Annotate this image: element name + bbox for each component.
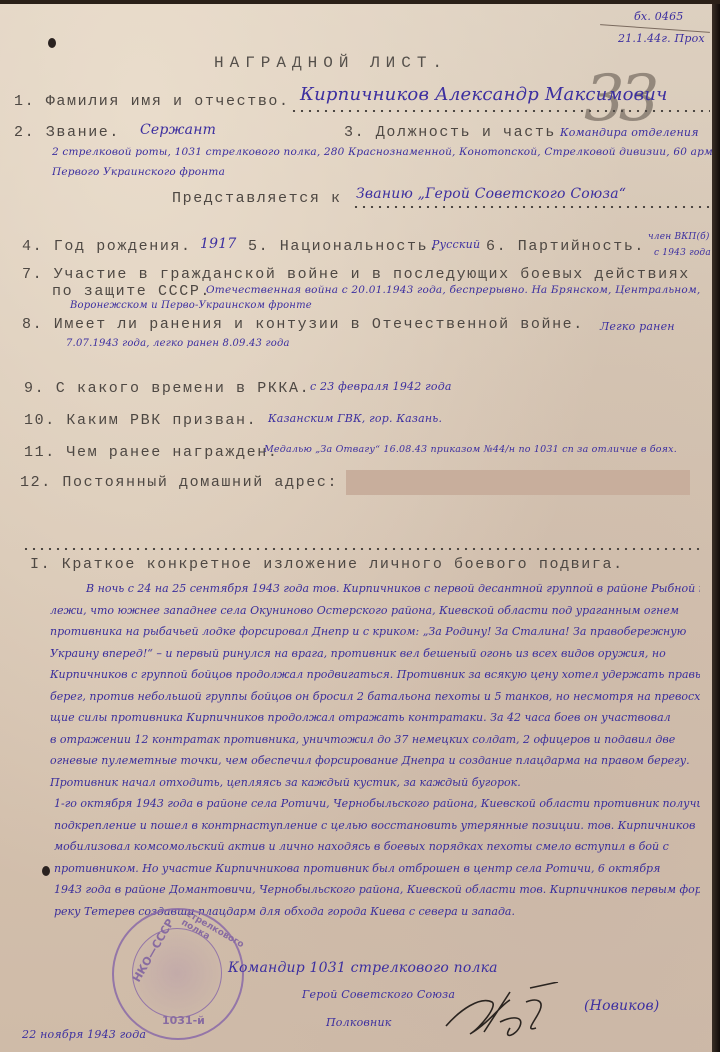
narrative-line: реку Тетерев создавши плацдарм для обход… [40, 901, 700, 923]
narrative-line: Кирпичников с группой бойцов продолжал п… [40, 664, 700, 686]
field-10-label: 10. Каким РВК призван. [24, 412, 257, 429]
presented-dotted-line [352, 206, 710, 208]
field-7-value: Отечественная война с 20.01.1943 года, б… [206, 284, 700, 296]
narrative-line: Украину вперед!“ – и первый ринулся на в… [40, 643, 700, 665]
field-7-label-line2: по защите СССР. [52, 283, 211, 300]
narrative-line: щие силы противника Кирпичников продолжа… [40, 707, 700, 729]
field-7-label-line1: 7. Участие в гражданской войне и в после… [22, 266, 690, 283]
section-heading: I. Краткое конкретное изложение личного … [30, 556, 624, 573]
signer-rank: Полковник [326, 1016, 392, 1029]
field-5-value: Русский [432, 238, 480, 251]
field-8-label: 8. Имеет ли ранения и контузии в Отечест… [22, 316, 584, 333]
field-6-label: 6. Партийность. [486, 238, 645, 255]
signer-name: (Новиков) [584, 998, 659, 1014]
field-2-value: Сержант [140, 122, 216, 138]
field-10-value: Казанским ГВК, гор. Казань. [268, 412, 442, 425]
field-4-label: 4. Год рождения. [22, 238, 192, 255]
narrative-line: мобилизовал комсомольский актив и лично … [40, 836, 700, 858]
field-6-value-line1: член ВКП(б) [648, 232, 710, 242]
narrative-line: огневые пулеметные точки, чем обеспечил … [40, 750, 700, 772]
field-2-label: 2. Звание. [14, 124, 120, 141]
narrative-line: противника на рыбачьей лодке форсировал … [40, 621, 700, 643]
field-9-label: 9. С какого времени в РККА. [24, 380, 310, 397]
field-3-continuation-2: Первого Украинского фронта [52, 166, 225, 178]
field-4-value: 1917 [200, 236, 236, 252]
narrative-line: противником. Но участие Кирпичникова про… [40, 858, 700, 880]
page-edge [712, 0, 720, 1052]
field-7-value-continuation: Воронежском и Перво-Украинском фронте [70, 300, 312, 311]
field-3-value: Командира отделения [560, 126, 699, 139]
signature-icon [440, 982, 570, 1042]
narrative-line: лежи, что южнее западнее села Окуниново … [40, 600, 700, 622]
signer-position-line1: Командир 1031 стрелкового полка [228, 960, 498, 976]
field-3-continuation-1: 2 стрелковой роты, 1031 стрелкового полк… [52, 146, 720, 158]
redacted-address [346, 470, 690, 495]
narrative-line: Противник начал отходить, цепляясь за ка… [40, 772, 700, 794]
field-6-value-line2: с 1943 года [654, 248, 711, 258]
field-11-label: 11. Чем ранее награжден. [24, 444, 278, 461]
document-date: 22 ноября 1943 года [22, 1028, 146, 1041]
field-1-value: Кирпичников Александр Максимович [300, 84, 668, 105]
page-edge [0, 0, 720, 4]
narrative-line: 1-го октября 1943 года в районе села Рот… [40, 793, 700, 815]
narrative-line: в отражении 12 контратак противника, уни… [40, 729, 700, 751]
punch-hole-icon [48, 38, 56, 48]
corner-note-line2: 21.1.44г. Прох [618, 32, 705, 45]
presented-value: Званию „Герой Советского Союза“ [356, 186, 626, 202]
field-1-label: 1. Фамилия имя и отчество. [14, 93, 290, 110]
document-title: НАГРАДНОЙ ЛИСТ. [214, 54, 448, 72]
field-8-value-continuation: 7.07.1943 года, легко ранен 8.09.43 года [66, 338, 290, 349]
presented-label: Представляется к [172, 190, 342, 207]
field-5-label: 5. Национальность. [248, 238, 439, 255]
corner-note-line1: бх. 0465 [634, 10, 684, 23]
field-11-value: Медалью „За Отвагу“ 16.08.43 приказом №4… [264, 444, 677, 455]
field-8-value: Легко ранен [600, 320, 675, 333]
section-divider [22, 548, 702, 550]
narrative-line: подкрепление и пошел в контрнаступление … [40, 815, 700, 837]
narrative-line: 1943 года в районе Домантовичи, Чернобыл… [40, 879, 700, 901]
signer-position-line2: Герой Советского Союза [302, 988, 455, 1001]
official-stamp: НКО—СССР стрелкового полка 1031-й [112, 908, 244, 1040]
narrative-line: берег, против небольшой группы бойцов он… [40, 686, 700, 708]
field-12-label: 12. Постоянный домашний адрес: [20, 474, 338, 491]
narrative-text: В ночь с 24 на 25 сентября 1943 года тов… [40, 578, 700, 922]
narrative-line: В ночь с 24 на 25 сентября 1943 года тов… [40, 578, 700, 600]
award-sheet-page: бх. 0465 21.1.44г. Прох НАГРАДНОЙ ЛИСТ. … [0, 0, 712, 1052]
stamp-bottom-text: 1031-й [162, 1014, 205, 1027]
field-1-dotted-line [290, 110, 710, 112]
field-9-value: с 23 февраля 1942 года [310, 380, 452, 393]
field-3-label: 3. Должность и часть [344, 124, 556, 141]
